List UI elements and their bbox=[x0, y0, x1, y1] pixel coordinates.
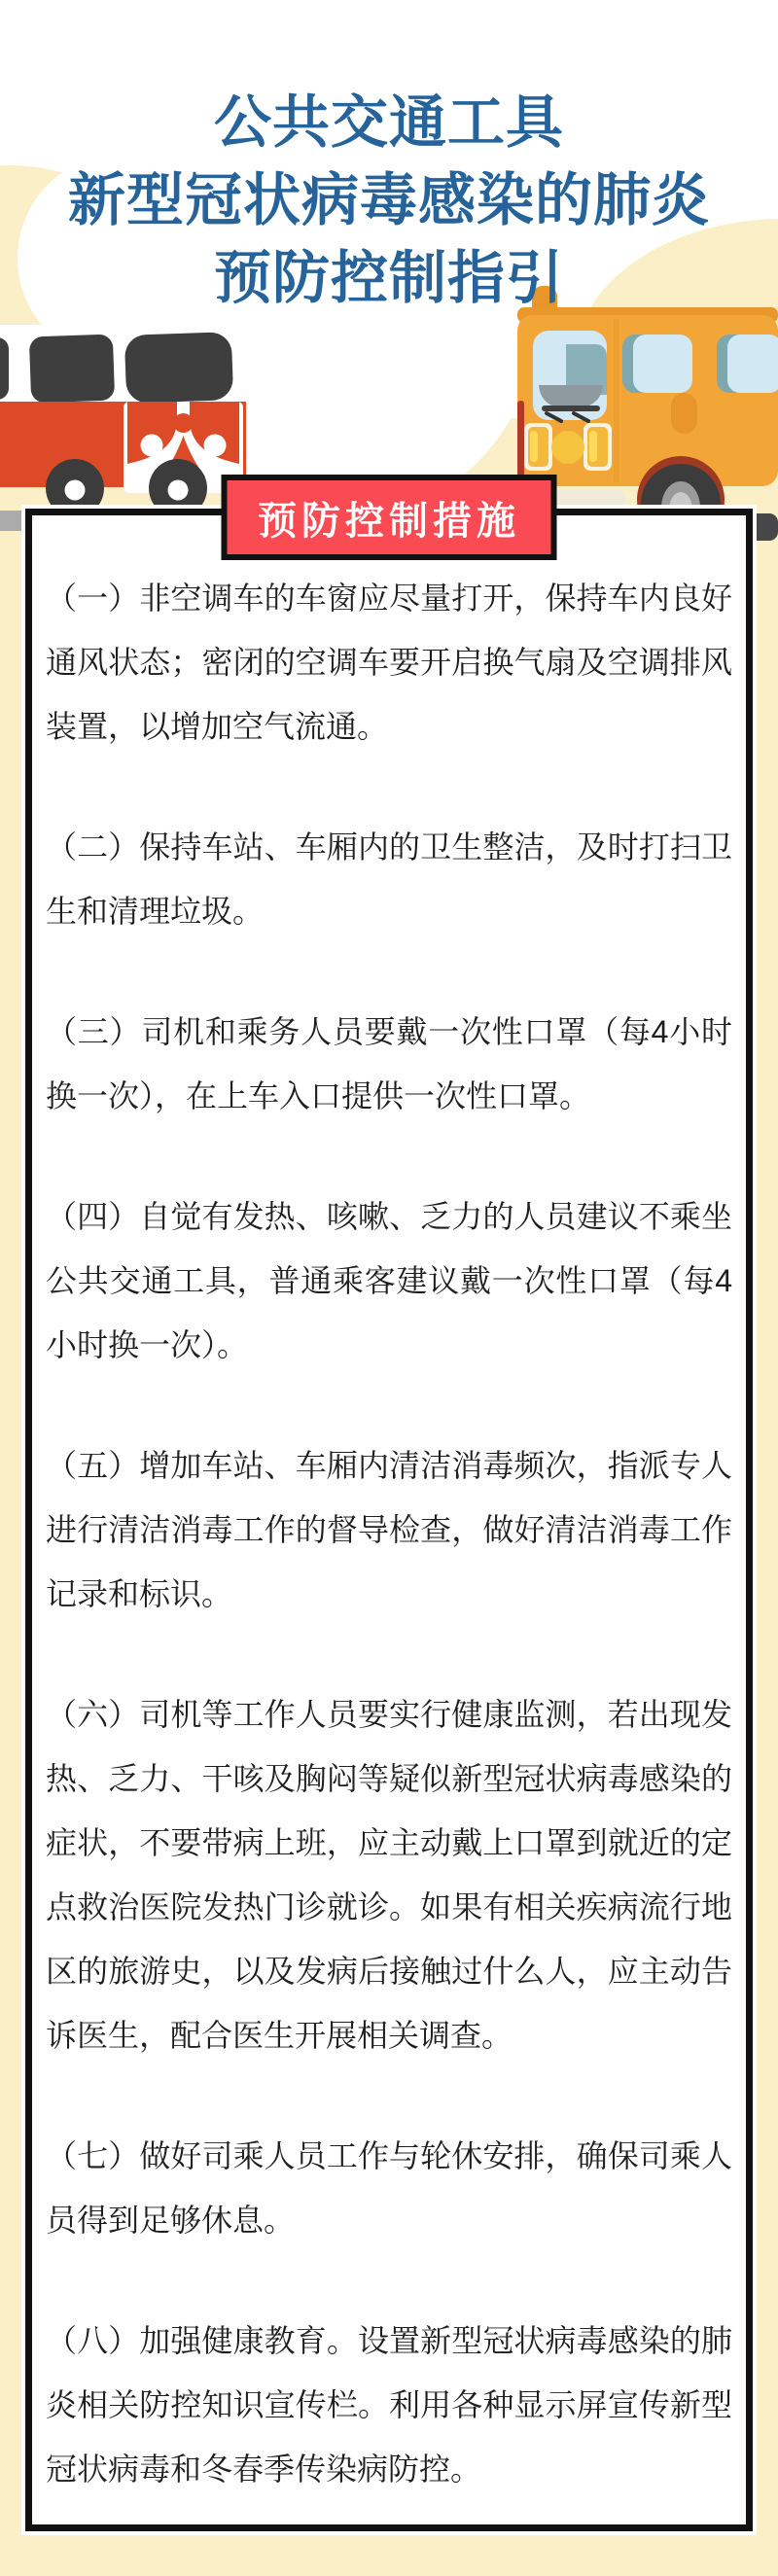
measure-number: （七） bbox=[46, 2138, 139, 2173]
measure-number: （八） bbox=[46, 2323, 139, 2358]
header-illustration-area: 公共交通工具 新型冠状病毒感染的肺炎 预防控制指引 bbox=[0, 0, 778, 547]
section-banner: 预防控制措施 bbox=[222, 475, 557, 560]
measure-number: （三） bbox=[46, 1014, 141, 1049]
measure-text: 非空调车的车窗应尽量打开，保持车内良好通风状态；密闭的空调车要开启换气扇及空调排… bbox=[46, 581, 732, 744]
measure-item: （八）加强健康教育。设置新型冠状病毒感染的肺炎相关防控知识宣传栏。利用各种显示屏… bbox=[46, 2309, 732, 2501]
measure-item: （一）非空调车的车窗应尽量打开，保持车内良好通风状态；密闭的空调车要开启换气扇及… bbox=[46, 566, 732, 759]
measure-item: （四）自觉有发热、咳嗽、乏力的人员建议不乘坐公共交通工具，普通乘客建议戴一次性口… bbox=[46, 1184, 732, 1377]
measure-item: （五）增加车站、车厢内清洁消毒频次，指派专人进行清洁消毒工作的督导检查，做好清洁… bbox=[46, 1433, 732, 1626]
measure-item: （六）司机等工作人员要实行健康监测，若出现发热、乏力、干咳及胸闷等疑似新型冠状病… bbox=[46, 1682, 732, 2067]
page-title-line: 公共交通工具 bbox=[0, 84, 778, 161]
poster-page: 公共交通工具 新型冠状病毒感染的肺炎 预防控制指引 （一）非空调车的车窗应尽量打… bbox=[0, 0, 778, 2576]
measure-item: （七）做好司乘人员工作与轮休安排，确保司乘人员得到足够休息。 bbox=[46, 2124, 732, 2252]
measure-text: 保持车站、车厢内的卫生整洁，及时打扫卫生和清理垃圾。 bbox=[46, 829, 732, 929]
section-banner-label: 预防控制措施 bbox=[258, 490, 520, 546]
measure-text: 加强健康教育。设置新型冠状病毒感染的肺炎相关防控知识宣传栏。利用各种显示屏宣传新… bbox=[46, 2323, 732, 2487]
measure-number: （一） bbox=[46, 581, 139, 616]
measures-panel: （一）非空调车的车窗应尽量打开，保持车内良好通风状态；密闭的空调车要开启换气扇及… bbox=[25, 509, 753, 2531]
measure-number: （五） bbox=[46, 1448, 139, 1483]
page-title-line: 新型冠状病毒感染的肺炎 bbox=[0, 161, 778, 239]
measure-text: 司机和乘务人员要戴一次性口罩（每4小时换一次），在上车入口提供一次性口罩。 bbox=[46, 1014, 732, 1113]
measure-number: （六） bbox=[46, 1697, 139, 1732]
measure-item: （二）保持车站、车厢内的卫生整洁，及时打扫卫生和清理垃圾。 bbox=[46, 815, 732, 943]
measure-text: 司机等工作人员要实行健康监测，若出现发热、乏力、干咳及胸闷等疑似新型冠状病毒感染… bbox=[46, 1697, 732, 2053]
page-title-line: 预防控制指引 bbox=[0, 239, 778, 317]
measure-item: （三）司机和乘务人员要戴一次性口罩（每4小时换一次），在上车入口提供一次性口罩。 bbox=[46, 1000, 732, 1128]
page-title: 公共交通工具 新型冠状病毒感染的肺炎 预防控制指引 bbox=[0, 84, 778, 317]
red-bus-illustration bbox=[0, 323, 248, 533]
measure-text: 自觉有发热、咳嗽、乏力的人员建议不乘坐公共交通工具，普通乘客建议戴一次性口罩（每… bbox=[46, 1199, 732, 1362]
measure-text: 增加车站、车厢内清洁消毒频次，指派专人进行清洁消毒工作的督导检查，做好清洁消毒工… bbox=[46, 1448, 732, 1611]
measure-number: （四） bbox=[46, 1199, 139, 1234]
measure-number: （二） bbox=[46, 829, 139, 865]
measure-text: 做好司乘人员工作与轮休安排，确保司乘人员得到足够休息。 bbox=[46, 2138, 732, 2238]
